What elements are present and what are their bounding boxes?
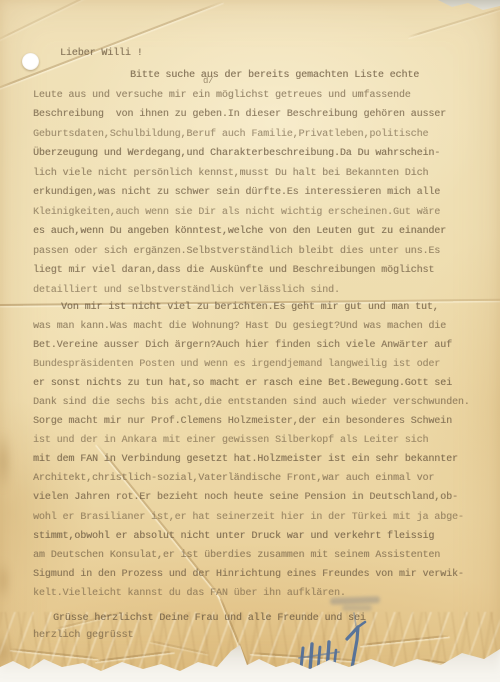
letter-line: Leute aus und versuche mir ein möglichst… [33, 86, 483, 106]
letter-line: liegt mir viel daran,dass die Auskünfte … [33, 261, 483, 281]
letter-line: Bitte suche aus der bereits gemachten Li… [33, 66, 483, 86]
paper-sheet: Lieber Willi ! d/ Bitte suche aus der be… [0, 0, 500, 682]
letter-line: Geburtsdaten,Schulbildung,Beruf auch Fam… [33, 125, 483, 145]
letter-line: Von mir ist nicht viel zu berichten.Es g… [33, 298, 483, 317]
paragraph-2: Von mir ist nicht viel zu berichten.Es g… [33, 298, 483, 603]
letter-line: Sigmund in den Prozess und der Hinrichtu… [33, 565, 483, 584]
crease-line [0, 0, 121, 42]
letter-line: Architekt,christlich-sozial,Vaterländisc… [33, 469, 483, 488]
paragraph-1: Bitte suche aus der bereits gemachten Li… [33, 66, 483, 300]
letter-line: Überzeugung und Werdegang,und Charakterb… [33, 144, 483, 164]
letter-line: erkundigen,was nicht zu schwer sein dürf… [33, 183, 483, 203]
letter-line: Bundespräsidenten Posten und wenn es irg… [33, 355, 483, 374]
letter-line: kelt.Vielleicht kannst du das FAN über i… [33, 584, 483, 603]
letter-line: am Deutschen Konsulat,er ist überdies zu… [33, 546, 483, 565]
edge-stain [0, 560, 10, 602]
punch-hole [22, 53, 39, 70]
letter-line: ist und der in Ankara mit einer gewissen… [33, 431, 483, 450]
letter-line: es auch,wenn Du angeben könntest,welche … [33, 222, 483, 242]
letter-line: mit dem FAN in Verbindung gesetzt hat.Ho… [33, 450, 483, 469]
letter-line: wohl er Brasilianer ist,er hat seinerzei… [33, 508, 483, 527]
letter-line: vielen Jahren rot.Er bezieht noch heute … [33, 488, 483, 507]
letter-line: passen oder sich ergänzen.Selbstverständ… [33, 242, 483, 262]
closing-block: Grüsse herzlichst Deine Frau und alle Fr… [33, 610, 483, 644]
letter-line: Bet.Vereine ausser Dich ärgern?Auch hier… [33, 336, 483, 355]
crease-line [95, 650, 175, 662]
letter-line: lich viele nicht persönlich kennst,musst… [33, 164, 483, 184]
photographed-letter: Lieber Willi ! d/ Bitte suche aus der be… [0, 0, 500, 682]
letter-line: Grüsse herzlichst Deine Frau und alle Fr… [33, 610, 483, 627]
letter-line: er sonst nichts zu tun hat,so macht er r… [33, 374, 483, 393]
crease-line [10, 648, 100, 659]
letter-line: Sorge macht mir nur Prof.Clemens Holzmei… [33, 412, 483, 431]
salutation: Lieber Willi ! [60, 48, 143, 59]
letter-line: Dank sind die sechs bis acht,die entstan… [33, 393, 483, 412]
letter-line: Beschreibung von ihnen zu geben.In diese… [33, 105, 483, 125]
letter-line: herzlich gegrüsst [33, 627, 483, 644]
letter-line: stimmt,obwohl er absolut nicht unter Dru… [33, 527, 483, 546]
edge-stain [0, 430, 12, 492]
letter-line: was man kann.Was macht die Wohnung? Hast… [33, 317, 483, 336]
crease-line [408, 7, 500, 38]
letter-line: Kleinigkeiten,auch wenn sie Dir als nich… [33, 203, 483, 223]
